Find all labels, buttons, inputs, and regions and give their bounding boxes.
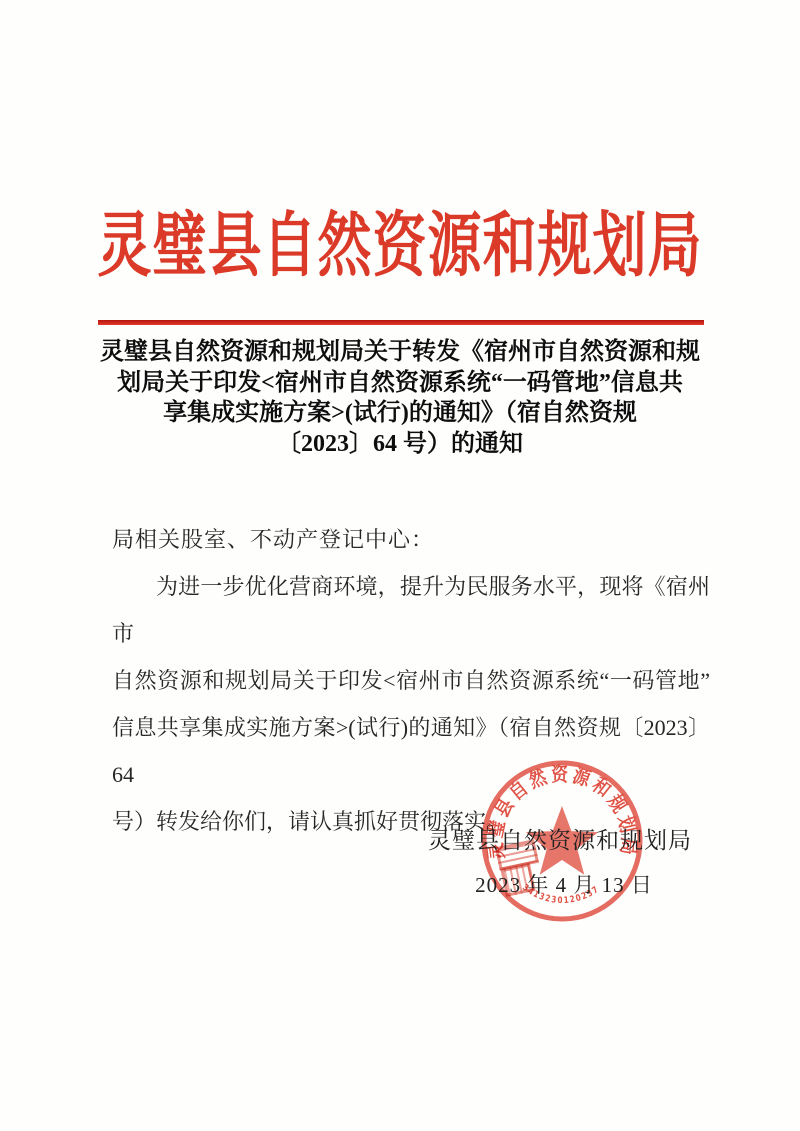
signoff-agency: 灵璧县自然资源和规划局 xyxy=(428,822,684,855)
document-title-line: 灵璧县自然资源和规划局关于转发《宿州市自然资源和规 xyxy=(90,337,710,368)
document-page: 灵璧县自然资源和规划局 灵璧县自然资源和规划局关于转发《宿州市自然资源和规 划局… xyxy=(0,0,800,1131)
body-line: 为进一步优化营商环境，提升为民服务水平，现将《宿州市 xyxy=(112,563,710,657)
document-title-line: 〔2023〕64 号）的通知 xyxy=(90,429,710,460)
signoff-date: 2023 年 4 月 13 日 xyxy=(466,869,662,899)
body-line: 自然资源和规划局关于印发<宿州市自然资源系统“一码管地” xyxy=(112,657,710,704)
letterhead-agency-title: 灵璧县自然资源和规划局 xyxy=(0,190,800,290)
salutation: 局相关股室、不动产登记中心： xyxy=(112,516,710,563)
document-title-line: 划局关于印发<宿州市自然资源系统“一码管地”信息共 xyxy=(90,368,710,399)
document-title: 灵璧县自然资源和规划局关于转发《宿州市自然资源和规 划局关于印发<宿州市自然资源… xyxy=(90,337,710,459)
document-title-line: 享集成实施方案>(试行)的通知》（宿自然资规 xyxy=(90,398,710,429)
red-divider-line xyxy=(98,320,704,325)
